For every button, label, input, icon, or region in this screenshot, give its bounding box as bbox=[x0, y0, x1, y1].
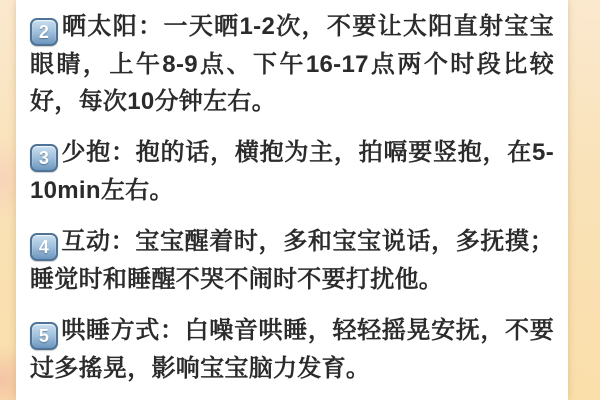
badge-number: 3 bbox=[39, 148, 49, 168]
tip-item: 5哄睡方式：白噪音哄睡，轻轻摇晃安抚，不要过多搖晃，影响宝宝脑力发育。 bbox=[30, 312, 554, 387]
tip-text: 晒太阳：一天晒1-2次，不要让太阳直射宝宝眼睛，上午8-9点、下午16-17点两… bbox=[30, 13, 554, 115]
number-badge-icon: 5 bbox=[30, 322, 58, 350]
content-card: 2晒太阳：一天晒1-2次，不要让太阳直射宝宝眼睛，上午8-9点、下午16-17点… bbox=[16, 0, 568, 400]
page-background: { "page": { "background_top_color": "#fb… bbox=[0, 0, 600, 400]
tip-text: 少抱：抱的话，横抱为主，拍嗝要竖抱，在5-10min左右。 bbox=[30, 139, 554, 204]
tip-text: 互动：宝宝醒着时，多和宝宝说话，多抚摸；睡觉时和睡醒不哭不闹时不要打扰他。 bbox=[30, 228, 554, 293]
number-badge-icon: 4 bbox=[30, 233, 58, 261]
tip-item: 3少抱：抱的话，横抱为主，拍嗝要竖抱，在5-10min左右。 bbox=[30, 134, 554, 209]
tip-item: 4互动：宝宝醒着时，多和宝宝说话，多抚摸；睡觉时和睡醒不哭不闹时不要打扰他。 bbox=[30, 223, 554, 298]
badge-number: 2 bbox=[39, 22, 49, 42]
number-badge-icon: 2 bbox=[30, 18, 58, 46]
tip-text: 哄睡方式：白噪音哄睡，轻轻摇晃安抚，不要过多搖晃，影响宝宝脑力发育。 bbox=[30, 317, 554, 382]
number-badge-icon: 3 bbox=[30, 144, 58, 172]
badge-number: 4 bbox=[39, 237, 49, 257]
badge-number: 5 bbox=[39, 326, 49, 346]
tip-item: 2晒太阳：一天晒1-2次，不要让太阳直射宝宝眼睛，上午8-9点、下午16-17点… bbox=[30, 8, 554, 120]
